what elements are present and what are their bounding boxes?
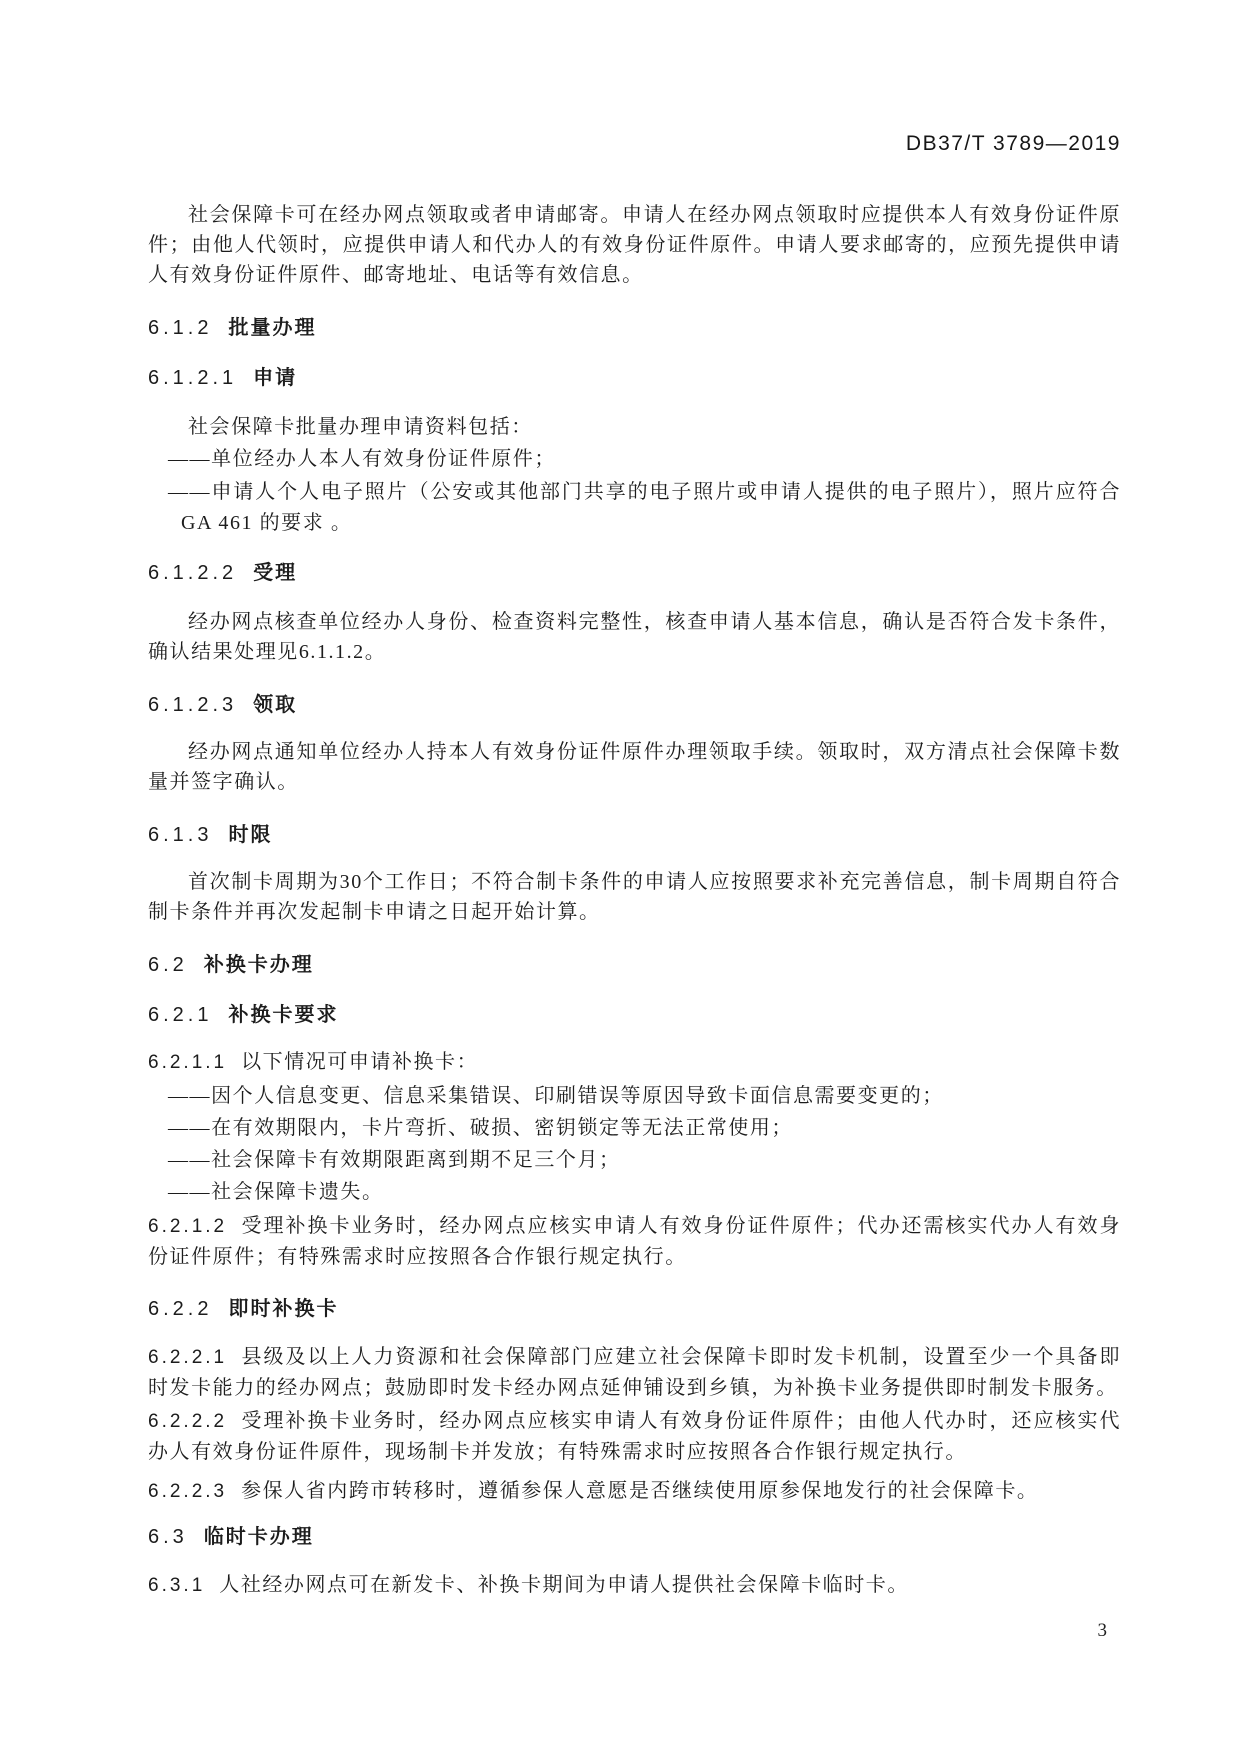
acceptance-paragraph: 经办网点核查单位经办人身份、检查资料完整性，核查申请人基本信息，确认是否符合发卡… (148, 607, 1121, 667)
document-body: 社会保障卡可在经办网点领取或者申请邮寄。申请人在经办网点领取时应提供本人有效身份… (0, 200, 1241, 1601)
document-page: DB37/T 3789—2019 社会保障卡可在经办网点领取或者申请邮寄。申请人… (0, 0, 1241, 1754)
heading-title: 即时补换卡 (228, 1298, 338, 1320)
clause-text: 参保人省内跨市转移时，遵循参保人意愿是否继续使用原参保地发行的社会保障卡。 (241, 1480, 1038, 1502)
dash-list-item: ——因个人信息变更、信息采集错误、印刷错误等原因导致卡面信息需要变更的； (148, 1081, 1121, 1112)
clause-number: 6.3.1 (148, 1575, 205, 1596)
heading-6-1-3: 6.1.3时限 (148, 820, 1121, 850)
batch-materials-lead-paragraph: 社会保障卡批量办理申请资料包括： (148, 412, 1121, 442)
dash-list-item: ——在有效期限内，卡片弯折、破损、密钥锁定等无法正常使用； (148, 1113, 1121, 1144)
heading-6-1-2-1: 6.1.2.1申请 (148, 363, 1121, 393)
heading-title: 申请 (253, 367, 297, 389)
clause-text: 县级及以上人力资源和社会保障部门应建立社会保障卡即时发卡机制，设置至少一个具备即… (148, 1346, 1121, 1399)
heading-6-3: 6.3临时卡办理 (148, 1522, 1121, 1552)
clause-text: 以下情况可申请补换卡： (241, 1051, 478, 1073)
clause-text: 受理补换卡业务时，经办网点应核实申请人有效身份证件原件；代办还需核实代办人有效身… (148, 1215, 1121, 1268)
heading-title: 受理 (253, 562, 297, 584)
page-number: 3 (0, 1618, 1241, 1644)
clause-number: 6.2.1.2 (148, 1216, 227, 1237)
time-limit-paragraph: 首次制卡周期为30个工作日；不符合制卡条件的申请人应按照要求补充完善信息，制卡周… (148, 867, 1121, 927)
heading-number: 6.1.2.3 (148, 694, 237, 716)
clause-6-2-1-2: 6.2.1.2受理补换卡业务时，经办网点应核实申请人有效身份证件原件；代办还需核… (148, 1211, 1121, 1272)
clause-number: 6.2.2.2 (148, 1411, 227, 1432)
heading-number: 6.1.3 (148, 824, 212, 846)
dash-list-item: ——社会保障卡遗失。 (148, 1177, 1121, 1208)
dash-list-item: ——单位经办人本人有效身份证件原件； (148, 444, 1121, 475)
dash-list-item: ——申请人个人电子照片（公安或其他部门共享的电子照片或申请人提供的电子照片），照… (148, 477, 1121, 539)
clause-6-2-1-1: 6.2.1.1以下情况可申请补换卡： (148, 1047, 1121, 1078)
heading-title: 补换卡办理 (204, 954, 314, 976)
clause-text: 人社经办网点可在新发卡、补换卡期间为申请人提供社会保障卡临时卡。 (219, 1574, 909, 1596)
heading-number: 6.1.2 (148, 317, 212, 339)
heading-title: 补换卡要求 (228, 1004, 338, 1026)
clause-6-3-1: 6.3.1人社经办网点可在新发卡、补换卡期间为申请人提供社会保障卡临时卡。 (148, 1570, 1121, 1601)
heading-number: 6.1.2.2 (148, 562, 237, 584)
clause-6-2-2-1: 6.2.2.1县级及以上人力资源和社会保障部门应建立社会保障卡即时发卡机制，设置… (148, 1342, 1121, 1403)
heading-title: 时限 (228, 824, 272, 846)
standard-code-header: DB37/T 3789—2019 (0, 0, 1241, 156)
clause-number: 6.2.1.1 (148, 1052, 227, 1073)
intro-paragraph: 社会保障卡可在经办网点领取或者申请邮寄。申请人在经办网点领取时应提供本人有效身份… (148, 200, 1121, 290)
heading-number: 6.2 (148, 954, 188, 976)
clause-6-2-2-3: 6.2.2.3参保人省内跨市转移时，遵循参保人意愿是否继续使用原参保地发行的社会… (148, 1476, 1121, 1507)
clause-text: 受理补换卡业务时，经办网点应核实申请人有效身份证件原件；由他人代办时，还应核实代… (148, 1410, 1121, 1463)
heading-6-1-2-2: 6.1.2.2受理 (148, 558, 1121, 588)
heading-6-2-2: 6.2.2即时补换卡 (148, 1294, 1121, 1324)
heading-6-1-2-3: 6.1.2.3领取 (148, 690, 1121, 720)
heading-6-2-1: 6.2.1补换卡要求 (148, 1000, 1121, 1030)
heading-title: 批量办理 (228, 317, 316, 339)
dash-list-item: ——社会保障卡有效期限距离到期不足三个月； (148, 1145, 1121, 1176)
clause-6-2-2-2: 6.2.2.2受理补换卡业务时，经办网点应核实申请人有效身份证件原件；由他人代办… (148, 1406, 1121, 1467)
heading-6-2: 6.2补换卡办理 (148, 950, 1121, 980)
heading-title: 临时卡办理 (204, 1526, 314, 1548)
heading-number: 6.2.2 (148, 1298, 212, 1320)
heading-number: 6.1.2.1 (148, 367, 237, 389)
heading-title: 领取 (253, 694, 297, 716)
heading-number: 6.2.1 (148, 1004, 212, 1026)
clause-number: 6.2.2.1 (148, 1347, 227, 1368)
heading-number: 6.3 (148, 1526, 188, 1548)
heading-6-1-2: 6.1.2批量办理 (148, 313, 1121, 343)
clause-number: 6.2.2.3 (148, 1481, 227, 1502)
collection-paragraph: 经办网点通知单位经办人持本人有效身份证件原件办理领取手续。领取时，双方清点社会保… (148, 737, 1121, 797)
